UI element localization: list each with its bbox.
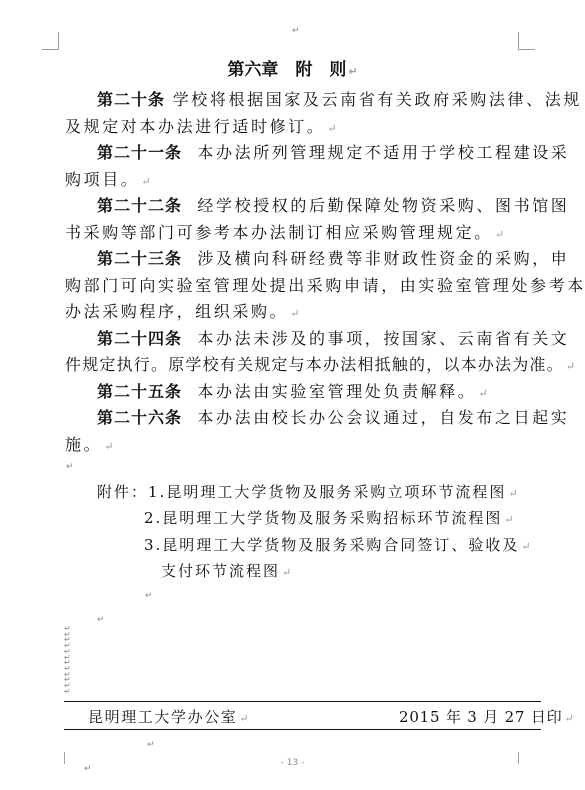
paragraph-mark-icon: ↵ [282, 566, 291, 579]
paragraph-mark-icon: ↵ [566, 360, 575, 373]
attachment-line-2: 2.昆明理工大学货物及服务采购招标环节流程图↵ [144, 508, 514, 530]
paragraph-mark-icon: ↵ [508, 487, 517, 500]
issuer-text: 昆明理工大学办公室 [88, 708, 237, 726]
article-text: 购项目。 [65, 170, 139, 189]
paragraph-mark-icon: ↵ [104, 440, 113, 453]
header-paragraph-mark-icon: ↵ [292, 27, 300, 36]
paragraph-mark-icon: ↵ [521, 540, 530, 553]
paragraph-mark-icon: ↵ [64, 689, 74, 695]
article-23-line-3: 办法采购程序，组织采购。↵ [65, 302, 299, 324]
article-24-line-2: 件规定执行。原学校有关规定与本办法相抵触的，以本办法为准。↵ [65, 355, 575, 377]
paragraph-mark-icon: ↵ [147, 741, 155, 750]
attachment-line-1: 附件：1.昆明理工大学货物及服务采购立项环节流程图↵ [97, 482, 518, 504]
crop-mark-top-right [518, 32, 535, 50]
paragraph-mark-icon: ↵ [495, 228, 504, 241]
article-text: 件规定执行。原学校有关规定与本办法相抵触的，以本办法为准。 [65, 355, 564, 374]
attachment-line-3: 3.昆明理工大学货物及服务采购合同签订、验收及↵ [144, 535, 531, 557]
article-text: 本办法未涉及的事项，按国家、云南省有关文 [197, 329, 569, 348]
article-24-line-1: 第二十四条 本办法未涉及的事项，按国家、云南省有关文 [97, 329, 569, 349]
article-text: 及规定对本办法进行适时修订。 [65, 117, 325, 136]
article-23-line-1: 第二十三条 涉及横向科研经费等非财政性资金的采购，申 [97, 249, 569, 269]
article-text: 施。 [65, 435, 102, 454]
article-25-line-1: 第二十五条 本办法由实验室管理处负责解释。↵ [97, 382, 488, 404]
footer-bottom-rule [64, 729, 541, 730]
empty-paragraph-mark-icon: ↵ [97, 616, 105, 625]
paragraph-mark-icon: ↵ [478, 387, 487, 400]
article-label: 第二十六条 [97, 408, 182, 427]
paragraph-mark-icon: ↵ [348, 65, 357, 78]
date-text: 2015 年 3 月 27 日印 [399, 708, 562, 726]
article-text: 经学校授权的后勤保障处物资采购、图书馆图 [197, 196, 569, 215]
article-text: 办法采购程序，组织采购。 [65, 302, 288, 321]
footer-date: 2015 年 3 月 27 日印↵ [399, 707, 574, 729]
article-22-line-2: 书采购等部门可参考本办法制订相应采购管理规定。↵ [65, 223, 504, 245]
paragraph-mark-icon: ↵ [504, 513, 513, 526]
empty-paragraph-mark-icon: ↵ [66, 463, 74, 472]
attachments-label: 附件： [97, 483, 148, 501]
attachment-item: 3.昆明理工大学货物及服务采购合同签订、验收及 [144, 536, 519, 554]
article-text: 本办法由实验室管理处负责解释。 [197, 382, 476, 401]
article-26-line-1: 第二十六条 本办法由校长办公会议通过，自发布之日起实 [97, 408, 569, 428]
attachment-line-4: 支付环节流程图↵ [161, 561, 291, 583]
paragraph-mark-icon: ↵ [564, 712, 573, 725]
chapter-title: 第六章 附 则↵ [0, 55, 585, 80]
article-text: 本办法由校长办公会议通过，自发布之日起实 [197, 408, 569, 427]
article-20-line-2: 及规定对本办法进行适时修订。↵ [65, 117, 337, 139]
article-20-line-1: 第二十条 学校将根据国家及云南省有关政府采购法律、法规 [97, 90, 582, 110]
article-label: 第二十二条 [97, 196, 182, 215]
footer-issuer: 昆明理工大学办公室↵ [88, 707, 249, 729]
article-label: 第二十三条 [97, 249, 182, 268]
paragraph-mark-icon: ↵ [327, 122, 336, 135]
document-page: ↵ 第六章 附 则↵ 第二十条 学校将根据国家及云南省有关政府采购法律、法规 及… [0, 0, 585, 790]
article-text: 书采购等部门可参考本办法制订相应采购管理规定。 [65, 223, 493, 242]
article-label: 第二十四条 [97, 329, 182, 348]
article-26-line-2: 施。↵ [65, 435, 113, 457]
page-number: - 13 - [0, 758, 585, 768]
empty-paragraph-mark-icon: ↵ [145, 592, 153, 601]
article-label: 第二十五条 [97, 382, 182, 401]
attachment-item: 1.昆明理工大学货物及服务采购立项环节流程图 [148, 483, 506, 501]
article-text: 涉及横向科研经费等非财政性资金的采购，申 [197, 249, 569, 268]
attachment-item: 2.昆明理工大学货物及服务采购招标环节流程图 [144, 509, 502, 527]
article-text: 本办法所列管理规定不适用于学校工程建设采 [197, 143, 569, 162]
paragraph-mark-icon: ↵ [290, 307, 299, 320]
chapter-title-text: 第六章 附 则 [227, 60, 346, 80]
attachment-item: 支付环节流程图 [161, 562, 280, 580]
article-text: 学校将根据国家及云南省有关政府采购法律、法规 [173, 90, 582, 109]
article-21-line-1: 第二十一条 本办法所列管理规定不适用于学校工程建设采 [97, 143, 569, 163]
footer-top-rule [64, 701, 541, 702]
crop-mark-top-left [42, 32, 59, 50]
article-21-line-2: 购项目。↵ [65, 170, 151, 192]
paragraph-mark-icon: ↵ [141, 175, 150, 188]
article-23-line-2: 购部门可向实验室管理处提出采购申请，由实验室管理处参考本 [65, 276, 585, 296]
article-label: 第二十条 [97, 90, 165, 109]
empty-paragraph-marks-stack: ↵ ↵ ↵ ↵ ↵ ↵ ↵ ↵ ↵ ↵ ↵ ↵ [64, 626, 74, 694]
article-22-line-1: 第二十二条 经学校授权的后勤保障处物资采购、图书馆图 [97, 196, 569, 216]
paragraph-mark-icon: ↵ [239, 712, 248, 725]
article-label: 第二十一条 [97, 143, 182, 162]
article-text: 购部门可向实验室管理处提出采购申请，由实验室管理处参考本 [65, 276, 585, 295]
